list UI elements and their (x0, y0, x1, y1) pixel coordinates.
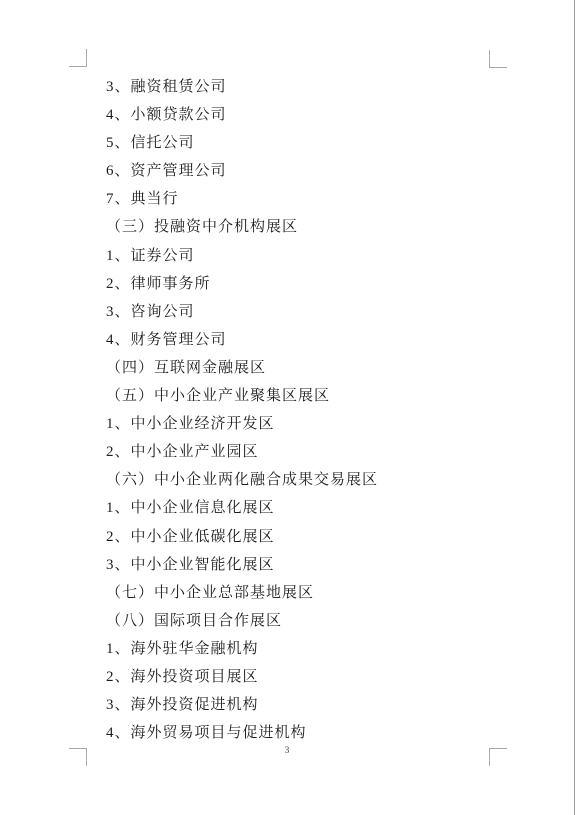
document-line[interactable]: 2、海外投资项目展区 (85, 663, 489, 691)
text-boundary-mark-bottom-right-icon (489, 748, 507, 766)
document-line[interactable]: 3、融资租赁公司 (85, 73, 489, 101)
document-line[interactable]: 1、中小企业经济开发区 (85, 410, 489, 438)
document-text-area[interactable]: 3、融资租赁公司 4、小额贷款公司 5、信托公司 6、资产管理公司 7、典当行 … (85, 73, 489, 747)
document-line[interactable]: 3、海外投资促进机构 (85, 691, 489, 719)
document-line[interactable]: 6、资产管理公司 (85, 157, 489, 185)
document-line[interactable]: （三）投融资中介机构展区 (85, 213, 489, 241)
document-line[interactable]: 4、财务管理公司 (85, 326, 489, 354)
document-line[interactable]: 1、中小企业信息化展区 (85, 494, 489, 522)
document-line[interactable]: 3、中小企业智能化展区 (85, 551, 489, 579)
document-line[interactable]: 2、中小企业低碳化展区 (85, 523, 489, 551)
document-line[interactable]: （六）中小企业两化融合成果交易展区 (85, 466, 489, 494)
document-line[interactable]: 4、小额贷款公司 (85, 101, 489, 129)
document-line[interactable]: 1、证券公司 (85, 242, 489, 270)
document-line[interactable]: 2、中小企业产业园区 (85, 438, 489, 466)
document-line[interactable]: （四）互联网金融展区 (85, 354, 489, 382)
document-line[interactable]: （七）中小企业总部基地展区 (85, 579, 489, 607)
document-line[interactable]: 3、咨询公司 (85, 298, 489, 326)
document-line[interactable]: 2、律师事务所 (85, 270, 489, 298)
text-boundary-mark-top-right-icon (489, 50, 507, 68)
document-line[interactable]: （八）国际项目合作展区 (85, 607, 489, 635)
page-number: 3 (85, 746, 489, 756)
document-line[interactable]: 5、信托公司 (85, 129, 489, 157)
document-line[interactable]: （五）中小企业产业聚集区展区 (85, 382, 489, 410)
page-right-edge-line (574, 0, 576, 815)
text-boundary-mark-top-left-icon (69, 49, 87, 67)
document-line[interactable]: 1、海外驻华金融机构 (85, 635, 489, 663)
document-line[interactable]: 7、典当行 (85, 185, 489, 213)
document-line[interactable]: 4、海外贸易项目与促进机构 (85, 719, 489, 747)
document-page[interactable]: 3、融资租赁公司 4、小额贷款公司 5、信托公司 6、资产管理公司 7、典当行 … (0, 0, 576, 815)
